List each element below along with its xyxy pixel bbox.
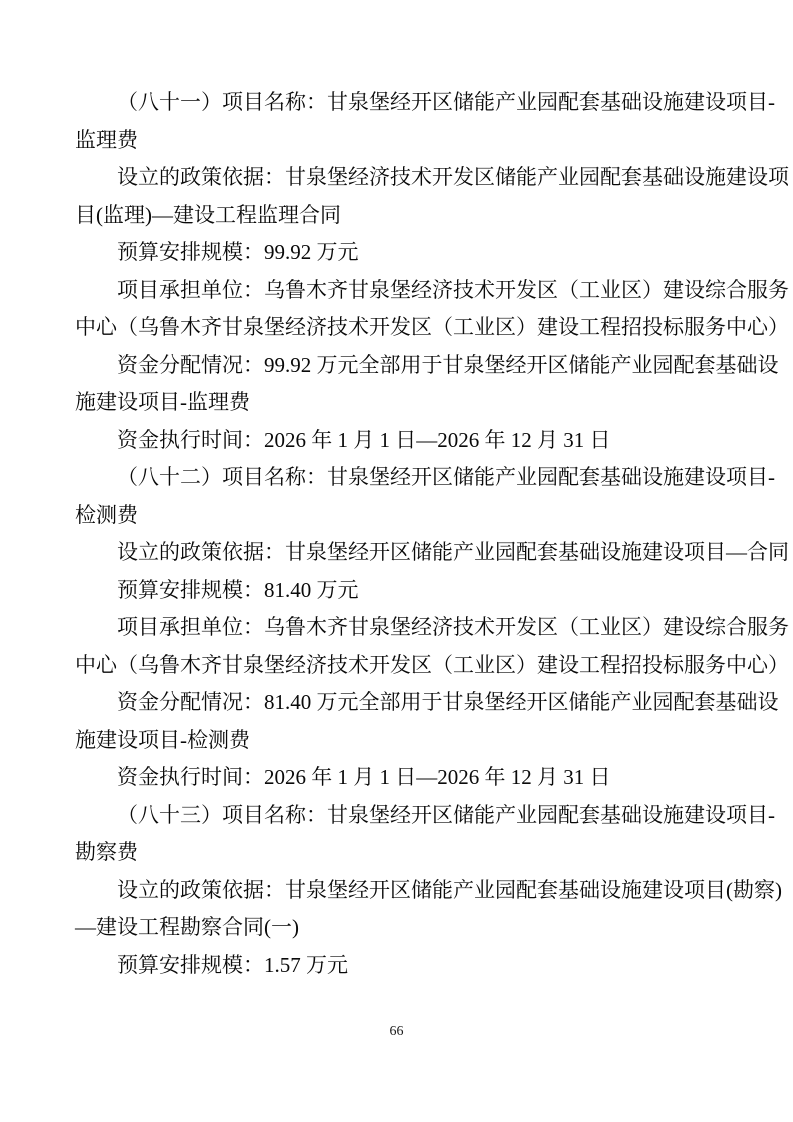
fund-allocation-line: 资金分配情况：81.40 万元全部用于甘泉堡经开区储能产业园配套基础设 bbox=[75, 684, 723, 722]
section-item-81: （八十一）项目名称：甘泉堡经开区储能产业园配套基础设施建设项目- 监理费 设立的… bbox=[75, 84, 723, 459]
project-name-line: （八十三）项目名称：甘泉堡经开区储能产业园配套基础设施建设项目- bbox=[75, 797, 723, 835]
policy-basis-line: 设立的政策依据：甘泉堡经开区储能产业园配套基础设施建设项目—合同 bbox=[75, 534, 723, 572]
page-number: 66 bbox=[0, 1023, 793, 1041]
execution-period-line: 资金执行时间：2026 年 1 月 1 日—2026 年 12 月 31 日 bbox=[75, 422, 723, 460]
undertaker-line: 项目承担单位：乌鲁木齐甘泉堡经济技术开发区（工业区）建设综合服务 bbox=[75, 272, 723, 310]
section-item-83: （八十三）项目名称：甘泉堡经开区储能产业园配套基础设施建设项目- 勘察费 设立的… bbox=[75, 797, 723, 985]
fund-allocation-line-cont: 施建设项目-监理费 bbox=[75, 384, 723, 422]
fund-allocation-line: 资金分配情况：99.92 万元全部用于甘泉堡经开区储能产业园配套基础设 bbox=[75, 347, 723, 385]
document-page: （八十一）项目名称：甘泉堡经开区储能产业园配套基础设施建设项目- 监理费 设立的… bbox=[0, 0, 793, 1122]
project-name-line-cont: 勘察费 bbox=[75, 834, 723, 872]
policy-basis-line: 设立的政策依据：甘泉堡经开区储能产业园配套基础设施建设项目(勘察) bbox=[75, 872, 723, 910]
budget-scale-line: 预算安排规模：81.40 万元 bbox=[75, 572, 723, 610]
project-name-line-cont: 检测费 bbox=[75, 497, 723, 535]
fund-allocation-line-cont: 施建设项目-检测费 bbox=[75, 722, 723, 760]
budget-scale-line: 预算安排规模：1.57 万元 bbox=[75, 947, 723, 985]
undertaker-line: 项目承担单位：乌鲁木齐甘泉堡经济技术开发区（工业区）建设综合服务 bbox=[75, 609, 723, 647]
budget-scale-line: 预算安排规模：99.92 万元 bbox=[75, 234, 723, 272]
document-body: （八十一）项目名称：甘泉堡经开区储能产业园配套基础设施建设项目- 监理费 设立的… bbox=[75, 84, 723, 984]
section-item-82: （八十二）项目名称：甘泉堡经开区储能产业园配套基础设施建设项目- 检测费 设立的… bbox=[75, 459, 723, 797]
undertaker-line-cont: 中心（乌鲁木齐甘泉堡经济技术开发区（工业区）建设工程招投标服务中心） bbox=[75, 309, 723, 347]
policy-basis-line: 设立的政策依据：甘泉堡经济技术开发区储能产业园配套基础设施建设项 bbox=[75, 159, 723, 197]
policy-basis-line-cont: —建设工程勘察合同(一) bbox=[75, 909, 723, 947]
project-name-line: （八十二）项目名称：甘泉堡经开区储能产业园配套基础设施建设项目- bbox=[75, 459, 723, 497]
project-name-line: （八十一）项目名称：甘泉堡经开区储能产业园配套基础设施建设项目- bbox=[75, 84, 723, 122]
execution-period-line: 资金执行时间：2026 年 1 月 1 日—2026 年 12 月 31 日 bbox=[75, 759, 723, 797]
policy-basis-line-cont: 目(监理)—建设工程监理合同 bbox=[75, 197, 723, 235]
undertaker-line-cont: 中心（乌鲁木齐甘泉堡经济技术开发区（工业区）建设工程招投标服务中心） bbox=[75, 647, 723, 685]
project-name-line-cont: 监理费 bbox=[75, 122, 723, 160]
